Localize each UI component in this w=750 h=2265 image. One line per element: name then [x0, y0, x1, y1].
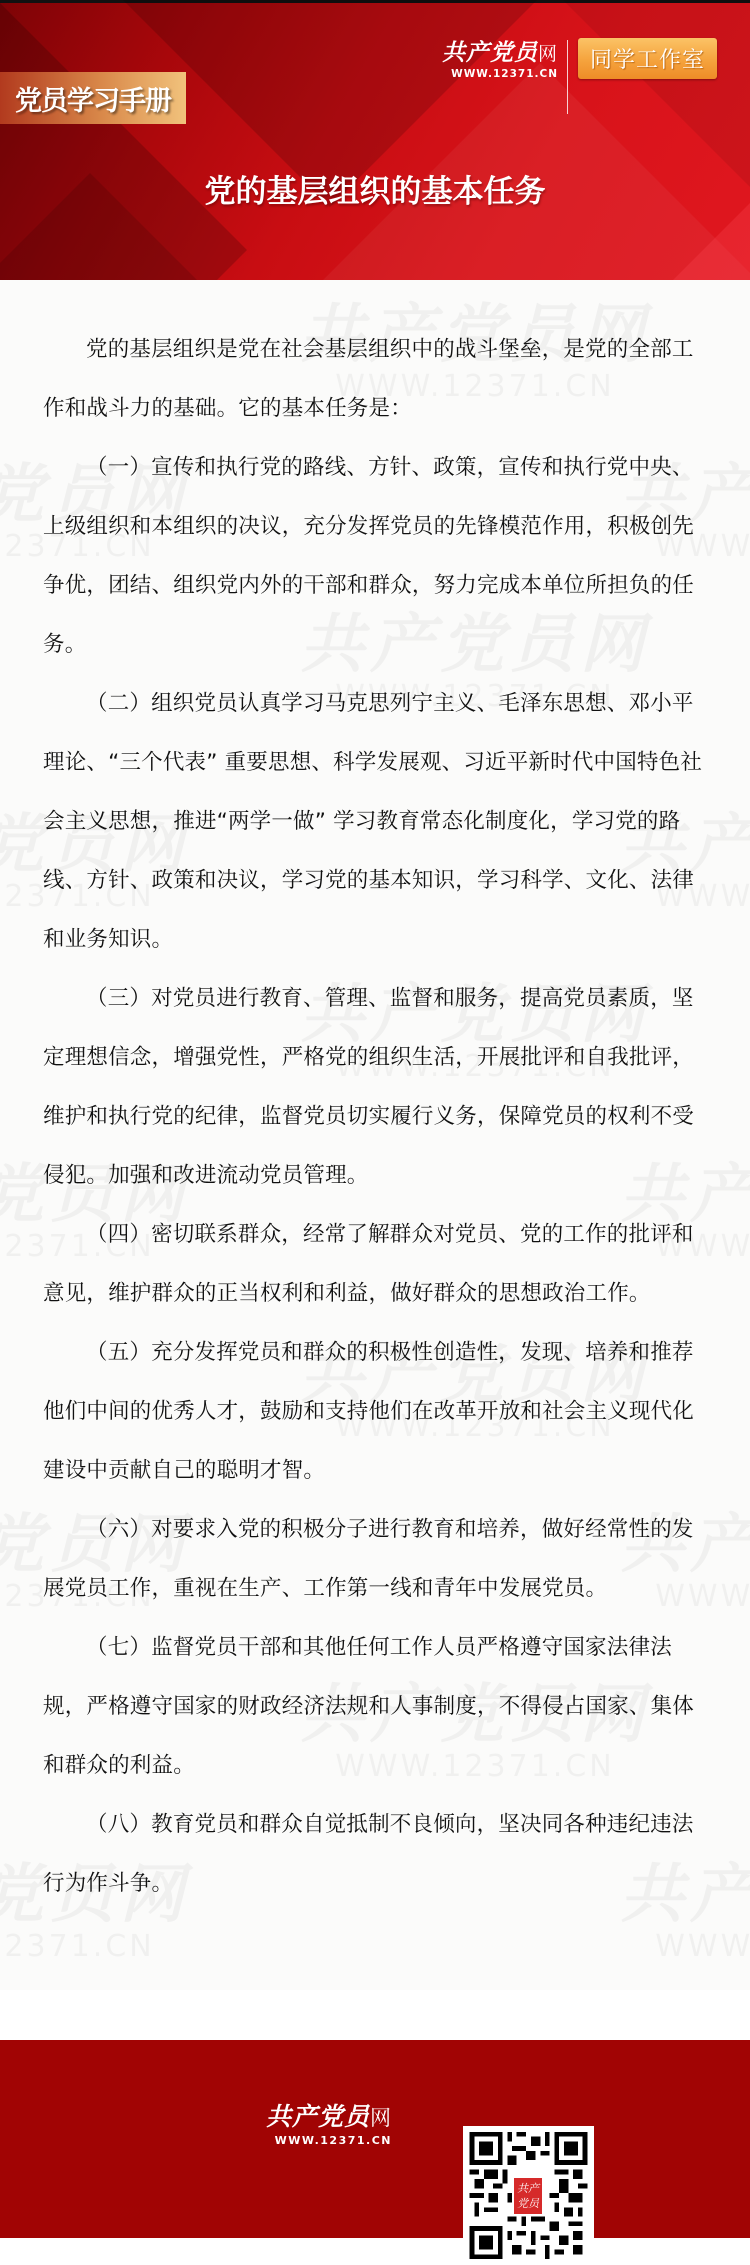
- paragraph-intro: 党的基层组织是党在社会基层组织中的战斗堡垒，是党的全部工作和战斗力的基础。它的基…: [43, 280, 703, 438]
- paragraph-task-8: （八）教育党员和群众自觉抵制不良倾向，坚决同各种违纪违法行为作斗争。: [43, 1795, 703, 1913]
- footer-logo-text: 共产党员网: [222, 2102, 392, 2133]
- paragraph-task-4: （四）密切联系群众，经常了解群众对党员、党的工作的批评和意见，维护群众的正当权利…: [43, 1205, 703, 1323]
- site-logo-link[interactable]: 共产党员网 WWW.12371.CN: [442, 40, 558, 81]
- article-body: 共产党员网 WWW.12371.CN 共产党员网 WWW.12371.CN 共产…: [0, 280, 750, 1990]
- paragraph-task-5: （五）充分发挥党员和群众的积极性创造性，发现、培养和推荐他们中间的优秀人才，鼓励…: [43, 1323, 703, 1500]
- footer-site-logo-link[interactable]: 共产党员网 WWW.12371.CN: [222, 2102, 392, 2149]
- header-banner: 党员学习手册 共产党员网 WWW.12371.CN 同学工作室 党的基层组织的基…: [0, 0, 750, 280]
- manual-tag-label: 党员学习手册: [15, 79, 171, 118]
- qr-code[interactable]: 共产 党员: [463, 2126, 594, 2265]
- paragraph-task-1: （一）宣传和执行党的路线、方针、政策，宣传和执行党中央、上级组织和本组织的决议，…: [43, 438, 703, 674]
- paragraph-task-3: （三）对党员进行教育、管理、监督和服务，提高党员素质，坚定理想信念，增强党性，严…: [43, 969, 703, 1205]
- studio-button-label: 同学工作室: [590, 43, 705, 74]
- site-logo-text: 共产党员网: [442, 40, 558, 67]
- footer: 共产党员网 WWW.12371.CN: [0, 1990, 750, 2238]
- footer-band: 共产党员网 WWW.12371.CN: [0, 2040, 750, 2238]
- logo-divider: [567, 40, 568, 114]
- paragraph-task-2: （二）组织党员认真学习马克思列宁主义、毛泽东思想、邓小平理论、“三个代表” 重要…: [43, 674, 703, 969]
- article-text: 党的基层组织是党在社会基层组织中的战斗堡垒，是党的全部工作和战斗力的基础。它的基…: [43, 280, 703, 1913]
- studio-button[interactable]: 同学工作室: [578, 38, 717, 79]
- qr-center-logo: 共产 党员: [514, 2178, 542, 2214]
- paragraph-task-6: （六）对要求入党的积极分子进行教育和培养，做好经常性的发展党员工作，重视在生产、…: [43, 1500, 703, 1618]
- party-member-manual-tag: 党员学习手册: [0, 72, 186, 124]
- site-logo-url: WWW.12371.CN: [442, 67, 558, 81]
- footer-logo-url: WWW.12371.CN: [222, 2133, 392, 2149]
- page-title: 党的基层组织的基本任务: [0, 166, 750, 211]
- paragraph-task-7: （七）监督党员干部和其他任何工作人员严格遵守国家法律法规，严格遵守国家的财政经济…: [43, 1618, 703, 1795]
